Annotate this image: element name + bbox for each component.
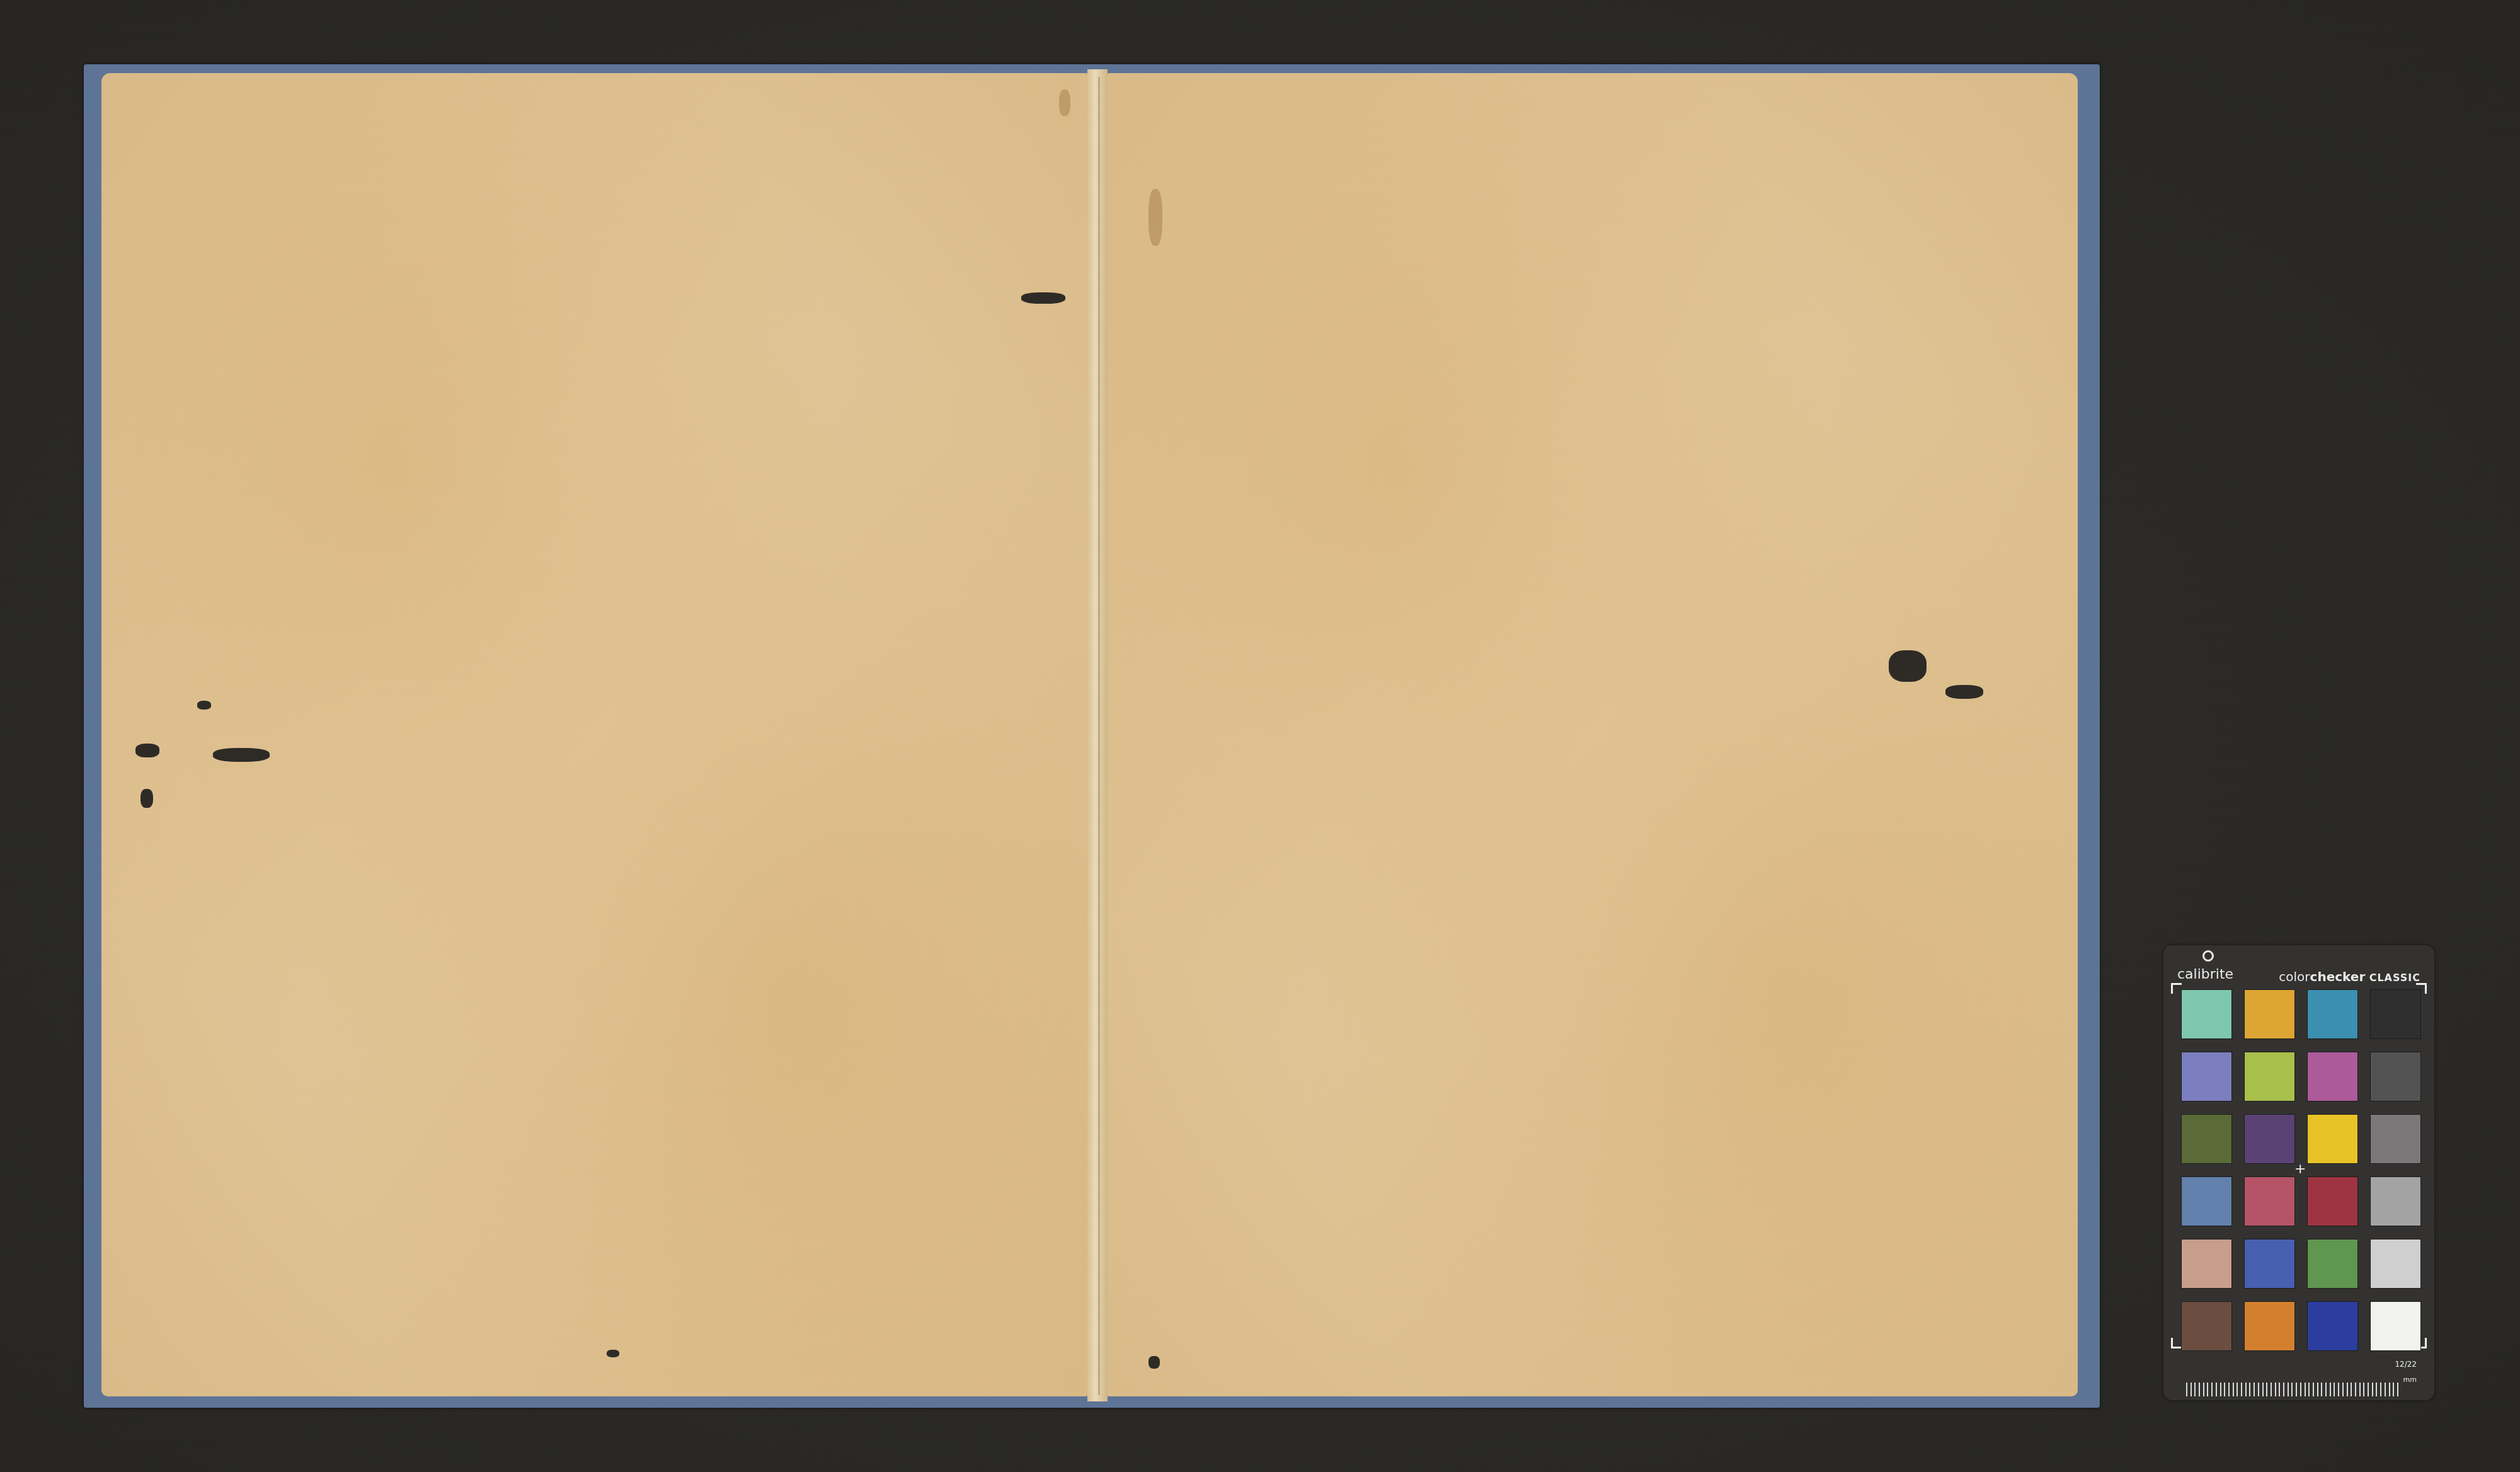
spine [1087, 69, 1108, 1401]
color-swatch [2244, 1052, 2295, 1101]
color-swatch [2244, 989, 2295, 1039]
calibrite-logo-icon [2202, 950, 2214, 962]
color-swatch [2307, 1239, 2358, 1289]
color-swatch [2307, 1052, 2358, 1101]
left-page [101, 73, 1087, 1396]
color-swatch [2244, 1239, 2295, 1289]
color-swatch [2307, 1301, 2358, 1351]
wormhole [1945, 685, 1983, 699]
color-swatch [2181, 1301, 2232, 1351]
color-swatch [2181, 989, 2232, 1039]
stain [1148, 189, 1162, 246]
product-bold: checker [2310, 969, 2366, 984]
wormhole [135, 744, 159, 757]
wormhole [1148, 1356, 1160, 1369]
version-label: 12/22 [2395, 1360, 2417, 1369]
color-swatch [2370, 1114, 2421, 1164]
brand-label: calibrite [2177, 967, 2233, 982]
wormhole [197, 701, 211, 710]
product-prefix: color [2279, 969, 2310, 984]
document-spread [84, 64, 2100, 1408]
wormhole [140, 789, 153, 808]
color-swatch [2370, 1052, 2421, 1101]
wormhole [213, 748, 270, 762]
color-swatch [2370, 989, 2421, 1039]
mm-ruler [2186, 1383, 2402, 1396]
wormhole [1021, 292, 1065, 304]
color-swatch [2181, 1239, 2232, 1289]
right-page [1108, 73, 2078, 1396]
color-swatch [2370, 1301, 2421, 1351]
color-swatch [2244, 1114, 2295, 1164]
crosshair-icon: + [2294, 1163, 2306, 1176]
color-swatch [2244, 1176, 2295, 1226]
color-swatch [2181, 1114, 2232, 1164]
color-checker-card: calibrite colorchecker CLASSIC + 12/22 m… [2163, 945, 2434, 1400]
color-swatch [2181, 1176, 2232, 1226]
ruler-unit-label: mm [2403, 1376, 2417, 1384]
corner-mark [2171, 983, 2182, 994]
wormhole [1889, 650, 1927, 682]
product-suffix: CLASSIC [2369, 972, 2420, 984]
product-label: colorchecker CLASSIC [2279, 969, 2420, 984]
color-swatch [2181, 1052, 2232, 1101]
color-swatch [2307, 1176, 2358, 1226]
corner-mark [2171, 1338, 2182, 1348]
color-swatch [2370, 1176, 2421, 1226]
spine-crease [1098, 77, 1100, 1395]
wormhole [607, 1350, 619, 1357]
stain [1059, 89, 1070, 116]
color-swatch [2370, 1239, 2421, 1289]
color-swatch [2244, 1301, 2295, 1351]
color-swatch [2307, 1114, 2358, 1164]
color-swatch [2307, 989, 2358, 1039]
